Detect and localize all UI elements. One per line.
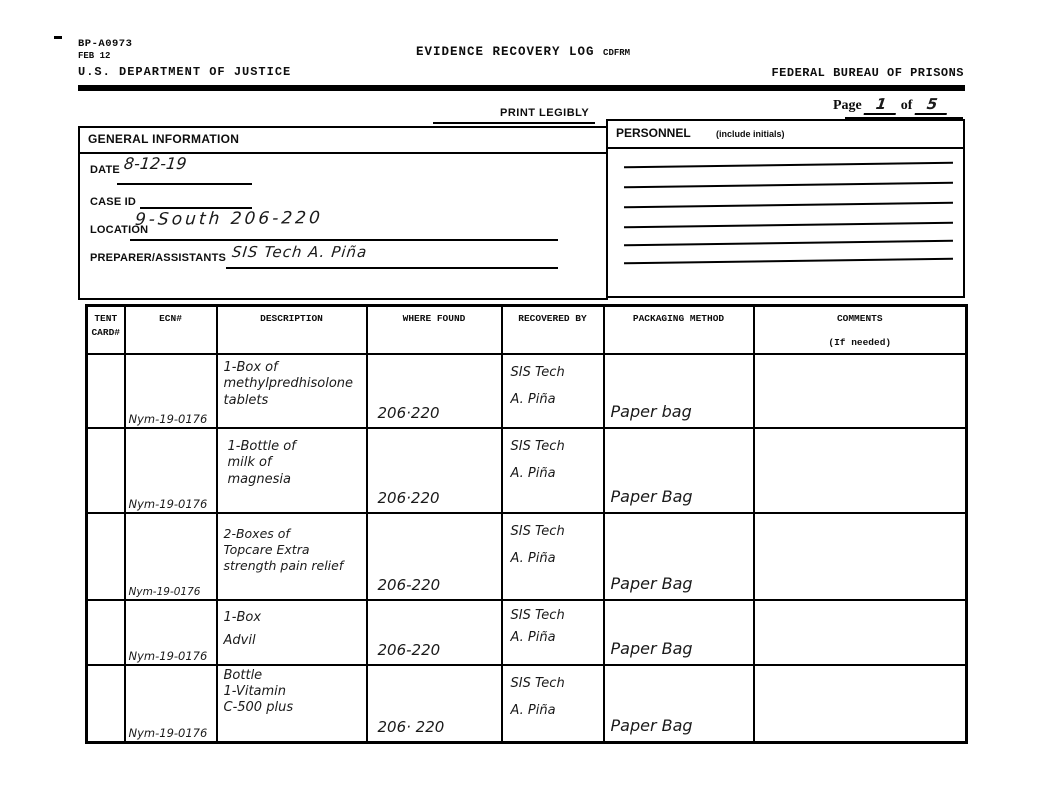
table-row: Nym-19-0176 1-Box Advil 206-220 SIS Tech… bbox=[87, 600, 967, 665]
cell-tent-card bbox=[87, 600, 125, 665]
cell-ecn: Nym-19-0176 bbox=[125, 428, 217, 513]
cell-where-found: 206-220 bbox=[367, 513, 502, 600]
cell-tent-card bbox=[87, 665, 125, 743]
personnel-blank-line bbox=[624, 202, 953, 209]
cell-description: 2-Boxes of Topcare Extra strength pain r… bbox=[217, 513, 367, 600]
column-label: DESCRIPTION bbox=[220, 312, 364, 326]
personnel-blank-line bbox=[624, 222, 953, 229]
table-row: Nym-19-0176 2-Boxes of Topcare Extra str… bbox=[87, 513, 967, 600]
cell-where-found: 206· 220 bbox=[367, 665, 502, 743]
col-header-where-found: WHERE FOUND bbox=[367, 306, 502, 354]
scanned-evidence-recovery-log: BP-A0973 FEB 12 U.S. DEPARTMENT OF JUSTI… bbox=[0, 0, 1050, 812]
cell-packaging-method: Paper Bag bbox=[604, 428, 754, 513]
cell-tent-card bbox=[87, 428, 125, 513]
col-header-comments: COMMENTS (If needed) bbox=[754, 306, 967, 354]
preparer-label: PREPARER/ASSISTANTS bbox=[90, 252, 226, 264]
document-title: EVIDENCE RECOVERY LOG CDFRM bbox=[416, 45, 630, 59]
cell-ecn: Nym-19-0176 bbox=[125, 665, 217, 743]
page-total-value: 5 bbox=[915, 95, 950, 115]
column-label: ECN# bbox=[128, 312, 214, 326]
cell-where-found: 206·220 bbox=[367, 354, 502, 428]
cell-description: 1-Box of methylpredhisolone tablets bbox=[217, 354, 367, 428]
cell-ecn: Nym-19-0176 bbox=[125, 513, 217, 600]
cell-comments bbox=[754, 428, 967, 513]
print-legibly-instruction: PRINT LEGIBLY bbox=[500, 107, 589, 119]
location-value: 9-South 206-220 bbox=[134, 208, 323, 230]
page-number-value: 1 bbox=[864, 95, 899, 115]
cell-description: 1-Bottle of milk of magnesia bbox=[217, 428, 367, 513]
column-sublabel: (If needed) bbox=[757, 336, 964, 350]
table-row: Nym-19-0176 Bottle 1-Vitamin C-500 plus … bbox=[87, 665, 967, 743]
column-label: WHERE FOUND bbox=[370, 312, 499, 326]
cell-recovered-by: SIS Tech A. Piña bbox=[502, 428, 604, 513]
location-underline bbox=[130, 239, 558, 241]
cell-recovered-by: SIS Tech A. Piña bbox=[502, 354, 604, 428]
cell-description: Bottle 1-Vitamin C-500 plus bbox=[217, 665, 367, 743]
preparer-value: SIS Tech A. Piña bbox=[231, 243, 368, 261]
cell-packaging-method: Paper Bag bbox=[604, 600, 754, 665]
cell-tent-card bbox=[87, 513, 125, 600]
agency-name: FEDERAL BUREAU OF PRISONS bbox=[700, 66, 964, 80]
page-of-label: of bbox=[901, 98, 913, 113]
evidence-table-header-row: TENT CARD# ECN# DESCRIPTION WHERE FOUND … bbox=[87, 306, 967, 354]
cell-comments bbox=[754, 354, 967, 428]
col-header-description: DESCRIPTION bbox=[217, 306, 367, 354]
general-information-title: GENERAL INFORMATION bbox=[88, 132, 239, 146]
personnel-blank-line bbox=[624, 240, 953, 247]
scan-artifact-dash bbox=[54, 36, 62, 39]
cell-tent-card bbox=[87, 354, 125, 428]
col-header-recovered-by: RECOVERED BY bbox=[502, 306, 604, 354]
table-row: Nym-19-0176 1-Box of methylpredhisolone … bbox=[87, 354, 967, 428]
form-number: BP-A0973 bbox=[78, 38, 132, 50]
personnel-blank-line bbox=[624, 182, 953, 189]
cell-recovered-by: SIS Tech A. Piña bbox=[502, 665, 604, 743]
date-value: 8-12-19 bbox=[123, 154, 187, 173]
col-header-packaging-method: PACKAGING METHOD bbox=[604, 306, 754, 354]
personnel-header: PERSONNEL (include initials) bbox=[608, 121, 963, 149]
column-label: RECOVERED BY bbox=[505, 312, 601, 326]
table-row: Nym-19-0176 1-Bottle of milk of magnesia… bbox=[87, 428, 967, 513]
cell-recovered-by: SIS Tech A. Piña bbox=[502, 513, 604, 600]
cell-packaging-method: Paper bag bbox=[604, 354, 754, 428]
personnel-subtitle: (include initials) bbox=[716, 129, 785, 139]
cell-ecn: Nym-19-0176 bbox=[125, 600, 217, 665]
cell-comments bbox=[754, 600, 967, 665]
cell-where-found: 206-220 bbox=[367, 600, 502, 665]
cell-recovered-by: SIS Tech A. Piña bbox=[502, 600, 604, 665]
general-information-section: GENERAL INFORMATION DATE 8-12-19 CASE ID… bbox=[78, 126, 608, 300]
general-information-header: GENERAL INFORMATION bbox=[80, 128, 606, 154]
page-indicator: Page 1 of 5 bbox=[833, 95, 948, 115]
column-label: PACKAGING METHOD bbox=[607, 312, 751, 326]
cell-comments bbox=[754, 513, 967, 600]
personnel-blank-line bbox=[624, 162, 953, 169]
department-name: U.S. DEPARTMENT OF JUSTICE bbox=[78, 65, 291, 79]
document-title-text: EVIDENCE RECOVERY LOG bbox=[416, 45, 595, 59]
cell-description: 1-Box Advil bbox=[217, 600, 367, 665]
cell-packaging-method: Paper Bag bbox=[604, 665, 754, 743]
page-label: Page bbox=[833, 98, 862, 113]
column-label: COMMENTS bbox=[757, 312, 964, 326]
preparer-underline bbox=[226, 267, 558, 269]
case-id-label: CASE ID bbox=[90, 196, 136, 208]
personnel-title: PERSONNEL bbox=[616, 126, 691, 140]
cell-ecn: Nym-19-0176 bbox=[125, 354, 217, 428]
date-label: DATE bbox=[90, 164, 120, 176]
header-divider-rule bbox=[78, 85, 965, 91]
cell-comments bbox=[754, 665, 967, 743]
date-underline bbox=[117, 183, 252, 185]
personnel-section: PERSONNEL (include initials) bbox=[606, 119, 965, 298]
personnel-blank-line bbox=[624, 258, 953, 265]
col-header-ecn: ECN# bbox=[125, 306, 217, 354]
print-legibly-underline bbox=[433, 122, 595, 124]
cell-where-found: 206·220 bbox=[367, 428, 502, 513]
evidence-table: TENT CARD# ECN# DESCRIPTION WHERE FOUND … bbox=[85, 304, 968, 744]
document-title-code: CDFRM bbox=[603, 48, 630, 58]
form-revision-date: FEB 12 bbox=[78, 51, 110, 61]
cell-packaging-method: Paper Bag bbox=[604, 513, 754, 600]
column-label: TENT CARD# bbox=[90, 312, 122, 341]
col-header-tent-card: TENT CARD# bbox=[87, 306, 125, 354]
